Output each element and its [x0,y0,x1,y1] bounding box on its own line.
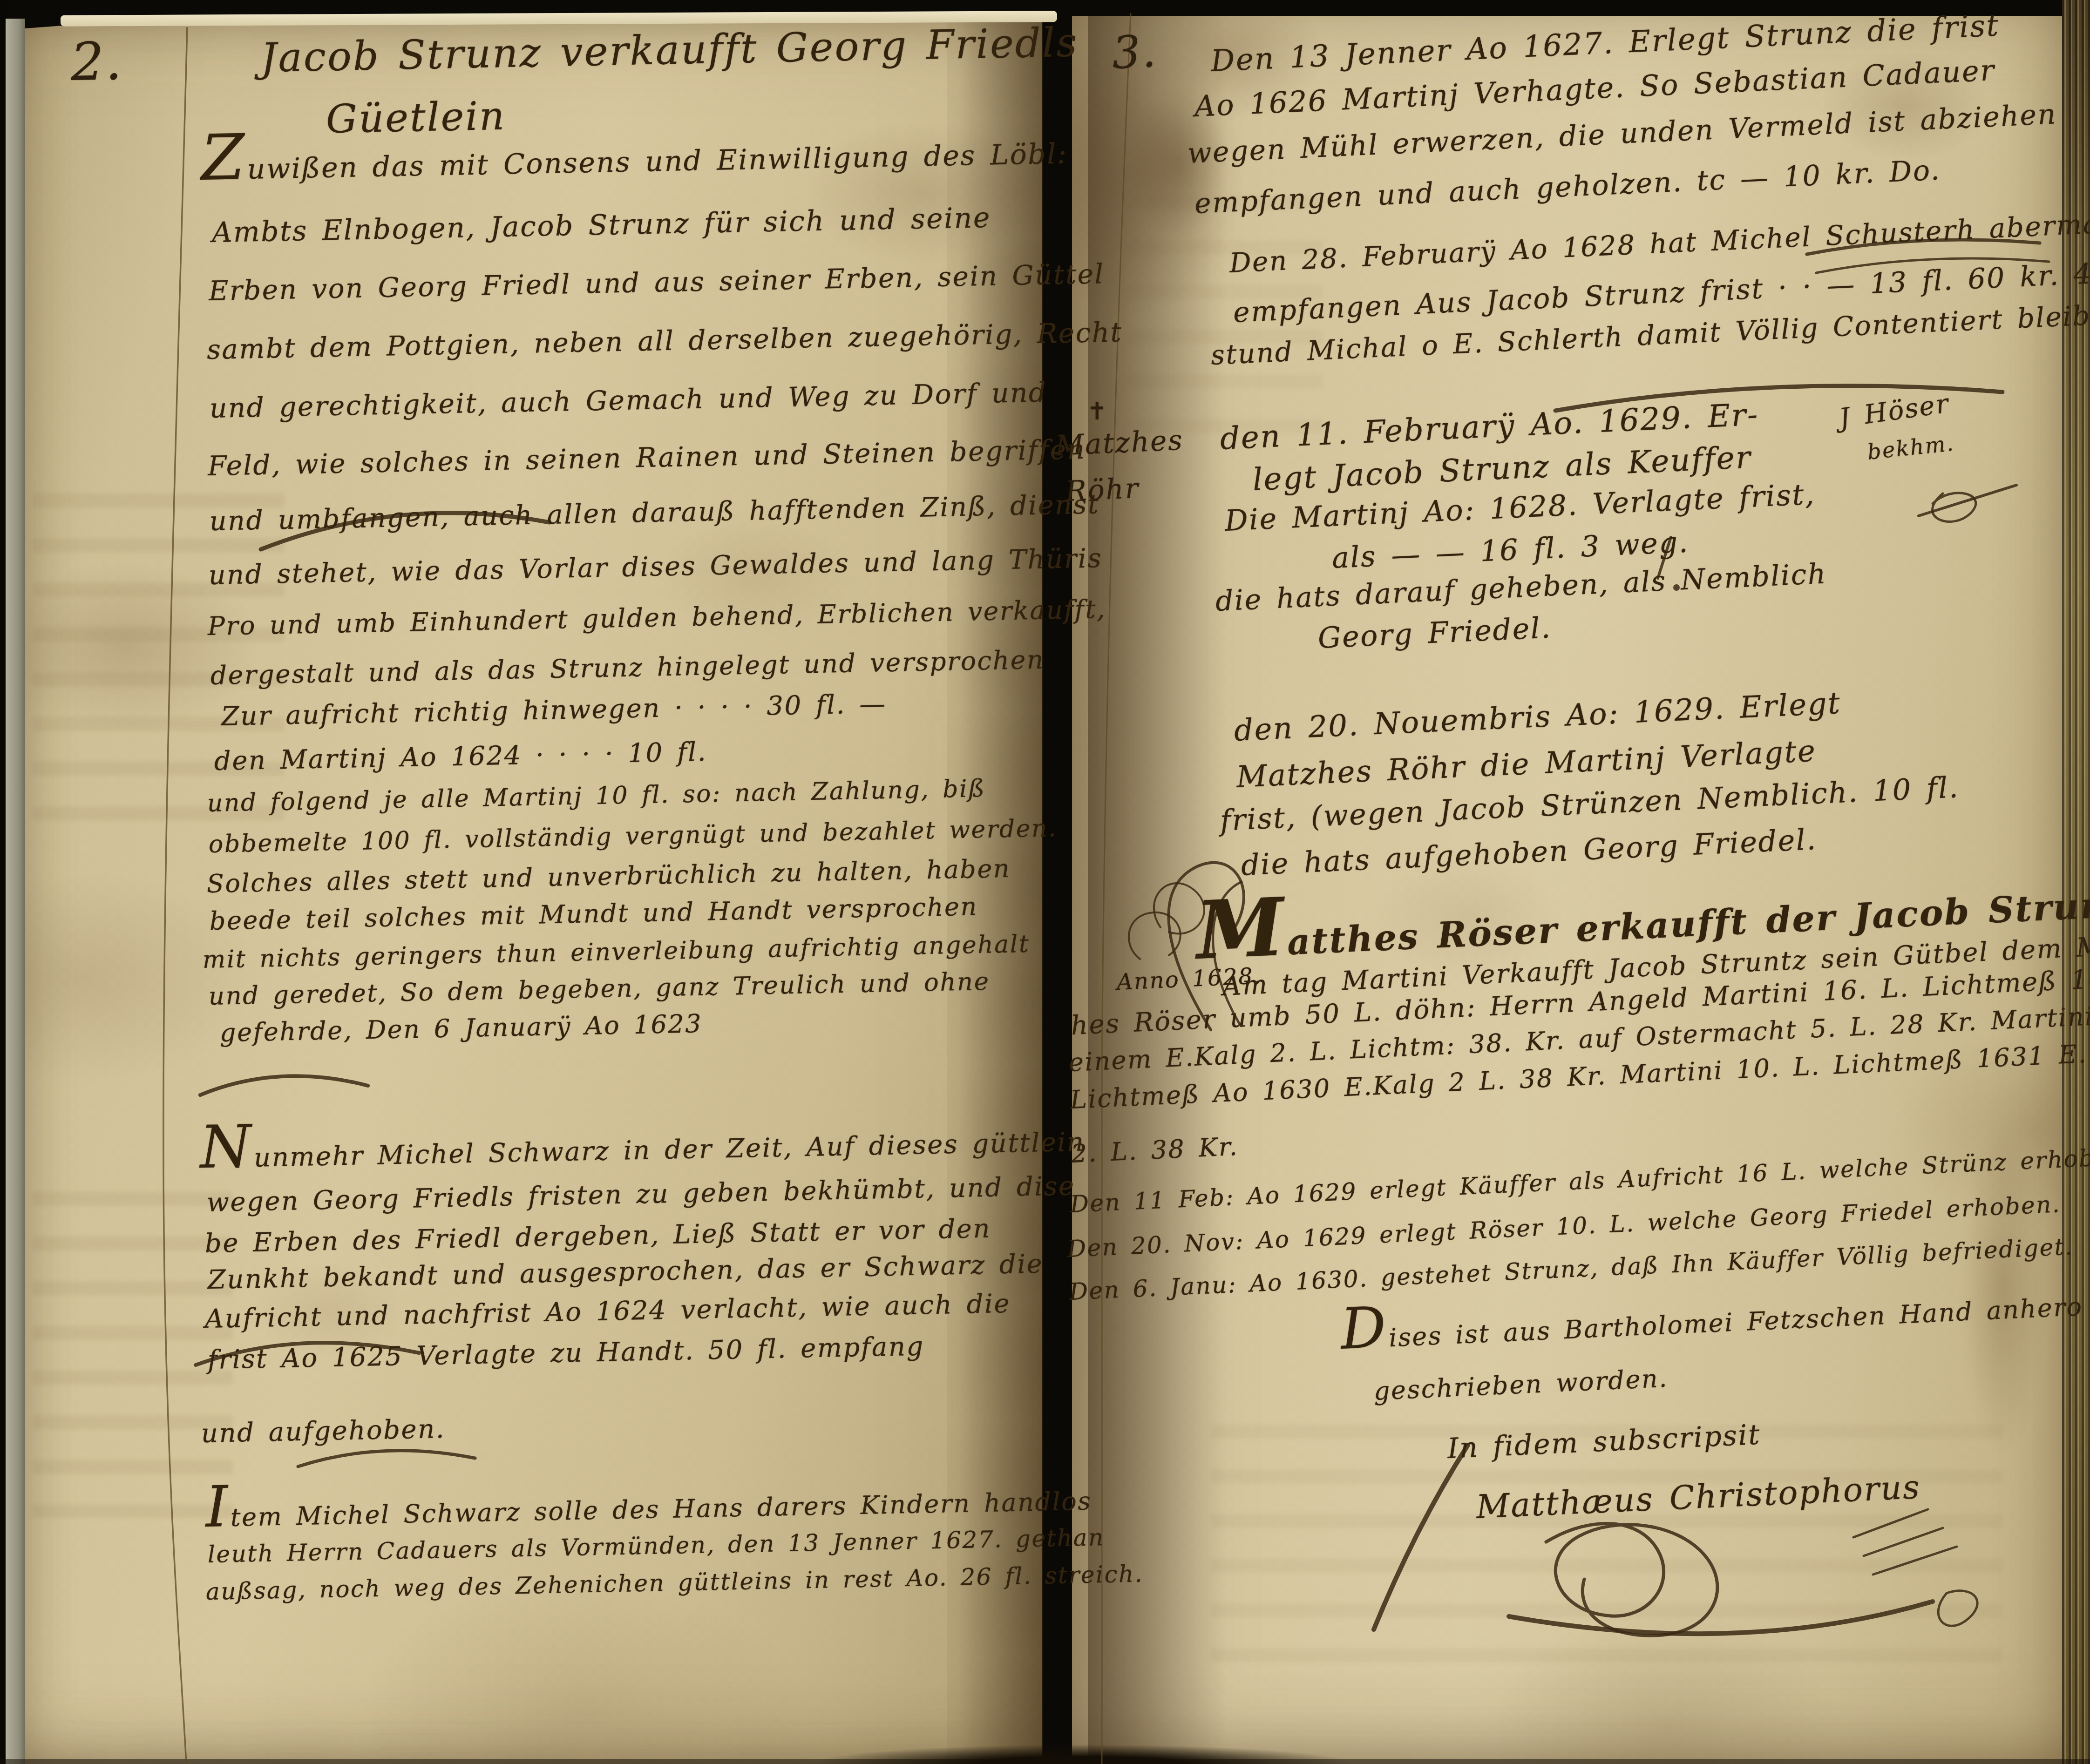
margin-note-line: Matzhes [1055,426,1184,460]
margin-note-line: Röhr [1065,474,1140,506]
scan-background [0,1759,2090,1764]
gutter-shadow [1088,0,1228,1764]
manuscript-line: 2. L. 38 Kr. [1071,1134,1239,1167]
left-heading-line: Güetlein [326,96,506,139]
manuscript-scan: 2. Jacob Strunz verkaufft Georg Friedls … [0,0,2090,1764]
page-number-left: 2. [70,35,123,88]
page-number-right: 3. [1111,29,1158,75]
cover-edge [6,19,25,1764]
margin-cross-icon: ✝ [1087,399,1108,424]
manuscript-line: und aufgehoben. [201,1416,445,1447]
